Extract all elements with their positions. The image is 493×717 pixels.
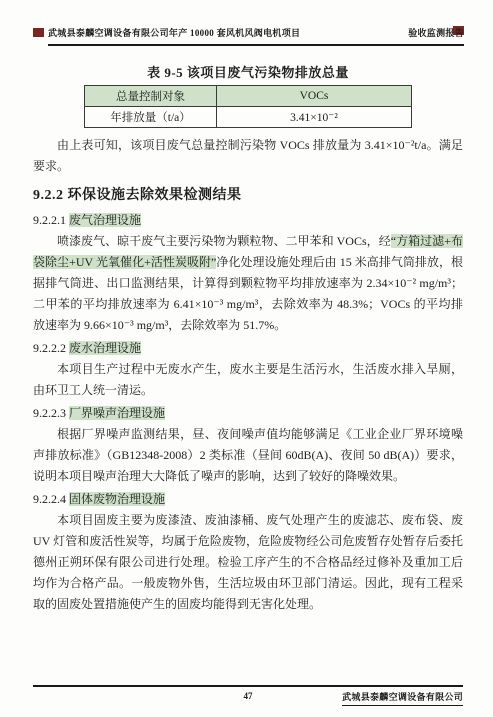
section-heading: 9.2.2.3 厂界噪声治理设施 (33, 403, 463, 424)
section-solid-waste: 9.2.2.4 固体废物治理设施 本项目固废主要为废漆渣、废油漆桶、废气处理产生… (33, 489, 463, 615)
table-title: 表 9-5 该项目废气污染物排放总量 (33, 62, 463, 81)
section-paragraph: 本项目固废主要为废漆渣、废油漆桶、废气处理产生的废滤芯、废布袋、废 UV 灯管和… (33, 510, 463, 615)
table-row-header: 总量控制对象 VOCs (85, 86, 412, 107)
table-cell-control-object-value: VOCs (217, 86, 412, 107)
document-page: 武城县泰麟空调设备有限公司年产 10000 套风机风阀电机项目 验收监测报告 表… (0, 0, 493, 717)
summary-paragraph: 由上表可知，该项目废气总量控制污染物 VOCs 排放量为 3.41×10⁻²t/… (33, 135, 463, 177)
page-header: 武城县泰麟空调设备有限公司年产 10000 套风机风阀电机项目 验收监测报告 (48, 26, 464, 46)
section-paragraph: 根据厂界噪声监测结果，昼、夜间噪声值均能够满足《工业企业厂界环境噪声排放标准》（… (33, 424, 463, 487)
table-cell-control-object-label: 总量控制对象 (85, 86, 217, 107)
page-footer: 47 武城县泰麟空调设备有限公司 (33, 685, 463, 703)
red-stamp-mark-left (33, 28, 44, 37)
table-cell-annual-emission-value: 3.41×10⁻² (217, 107, 412, 128)
header-doc-type: 验收监测报告 (408, 26, 464, 39)
section-paragraph: 本项目生产过程中无废水产生，废水主要是生活污水，生活废水排入旱厕，由环卫工人统一… (33, 359, 463, 401)
table-cell-annual-emission-label: 年排放量（t/a） (85, 107, 217, 128)
section-boundary-noise: 9.2.2.3 厂界噪声治理设施 根据厂界噪声监测结果，昼、夜间噪声值均能够满足… (33, 403, 463, 487)
page-content: 表 9-5 该项目废气污染物排放总量 总量控制对象 VOCs 年排放量（t/a）… (33, 52, 463, 615)
section-heading: 9.2.2.2 废水治理设施 (33, 338, 463, 359)
section-paragraph: 喷漆废气、晾干废气主要污染物为颗粒物、二甲苯和 VOCs，经“方箱过滤+布袋除尘… (33, 231, 463, 336)
emissions-total-table: 总量控制对象 VOCs 年排放量（t/a） 3.41×10⁻² (84, 85, 412, 128)
section-heading: 9.2.2.1 废气治理设施 (33, 210, 463, 231)
section-waste-gas: 9.2.2.1 废气治理设施 喷漆废气、晾干废气主要污染物为颗粒物、二甲苯和 V… (33, 210, 463, 336)
section-9-2-2-heading: 9.2.2 环保设施去除效果检测结果 (33, 184, 463, 208)
header-project-title: 武城县泰麟空调设备有限公司年产 10000 套风机风阀电机项目 (48, 26, 300, 39)
footer-company-name: 武城县泰麟空调设备有限公司 (342, 690, 463, 706)
section-waste-water: 9.2.2.2 废水治理设施 本项目生产过程中无废水产生，废水主要是生活污水，生… (33, 338, 463, 401)
table-row-annual-emission: 年排放量（t/a） 3.41×10⁻² (85, 107, 412, 128)
section-heading: 9.2.2.4 固体废物治理设施 (33, 489, 463, 510)
